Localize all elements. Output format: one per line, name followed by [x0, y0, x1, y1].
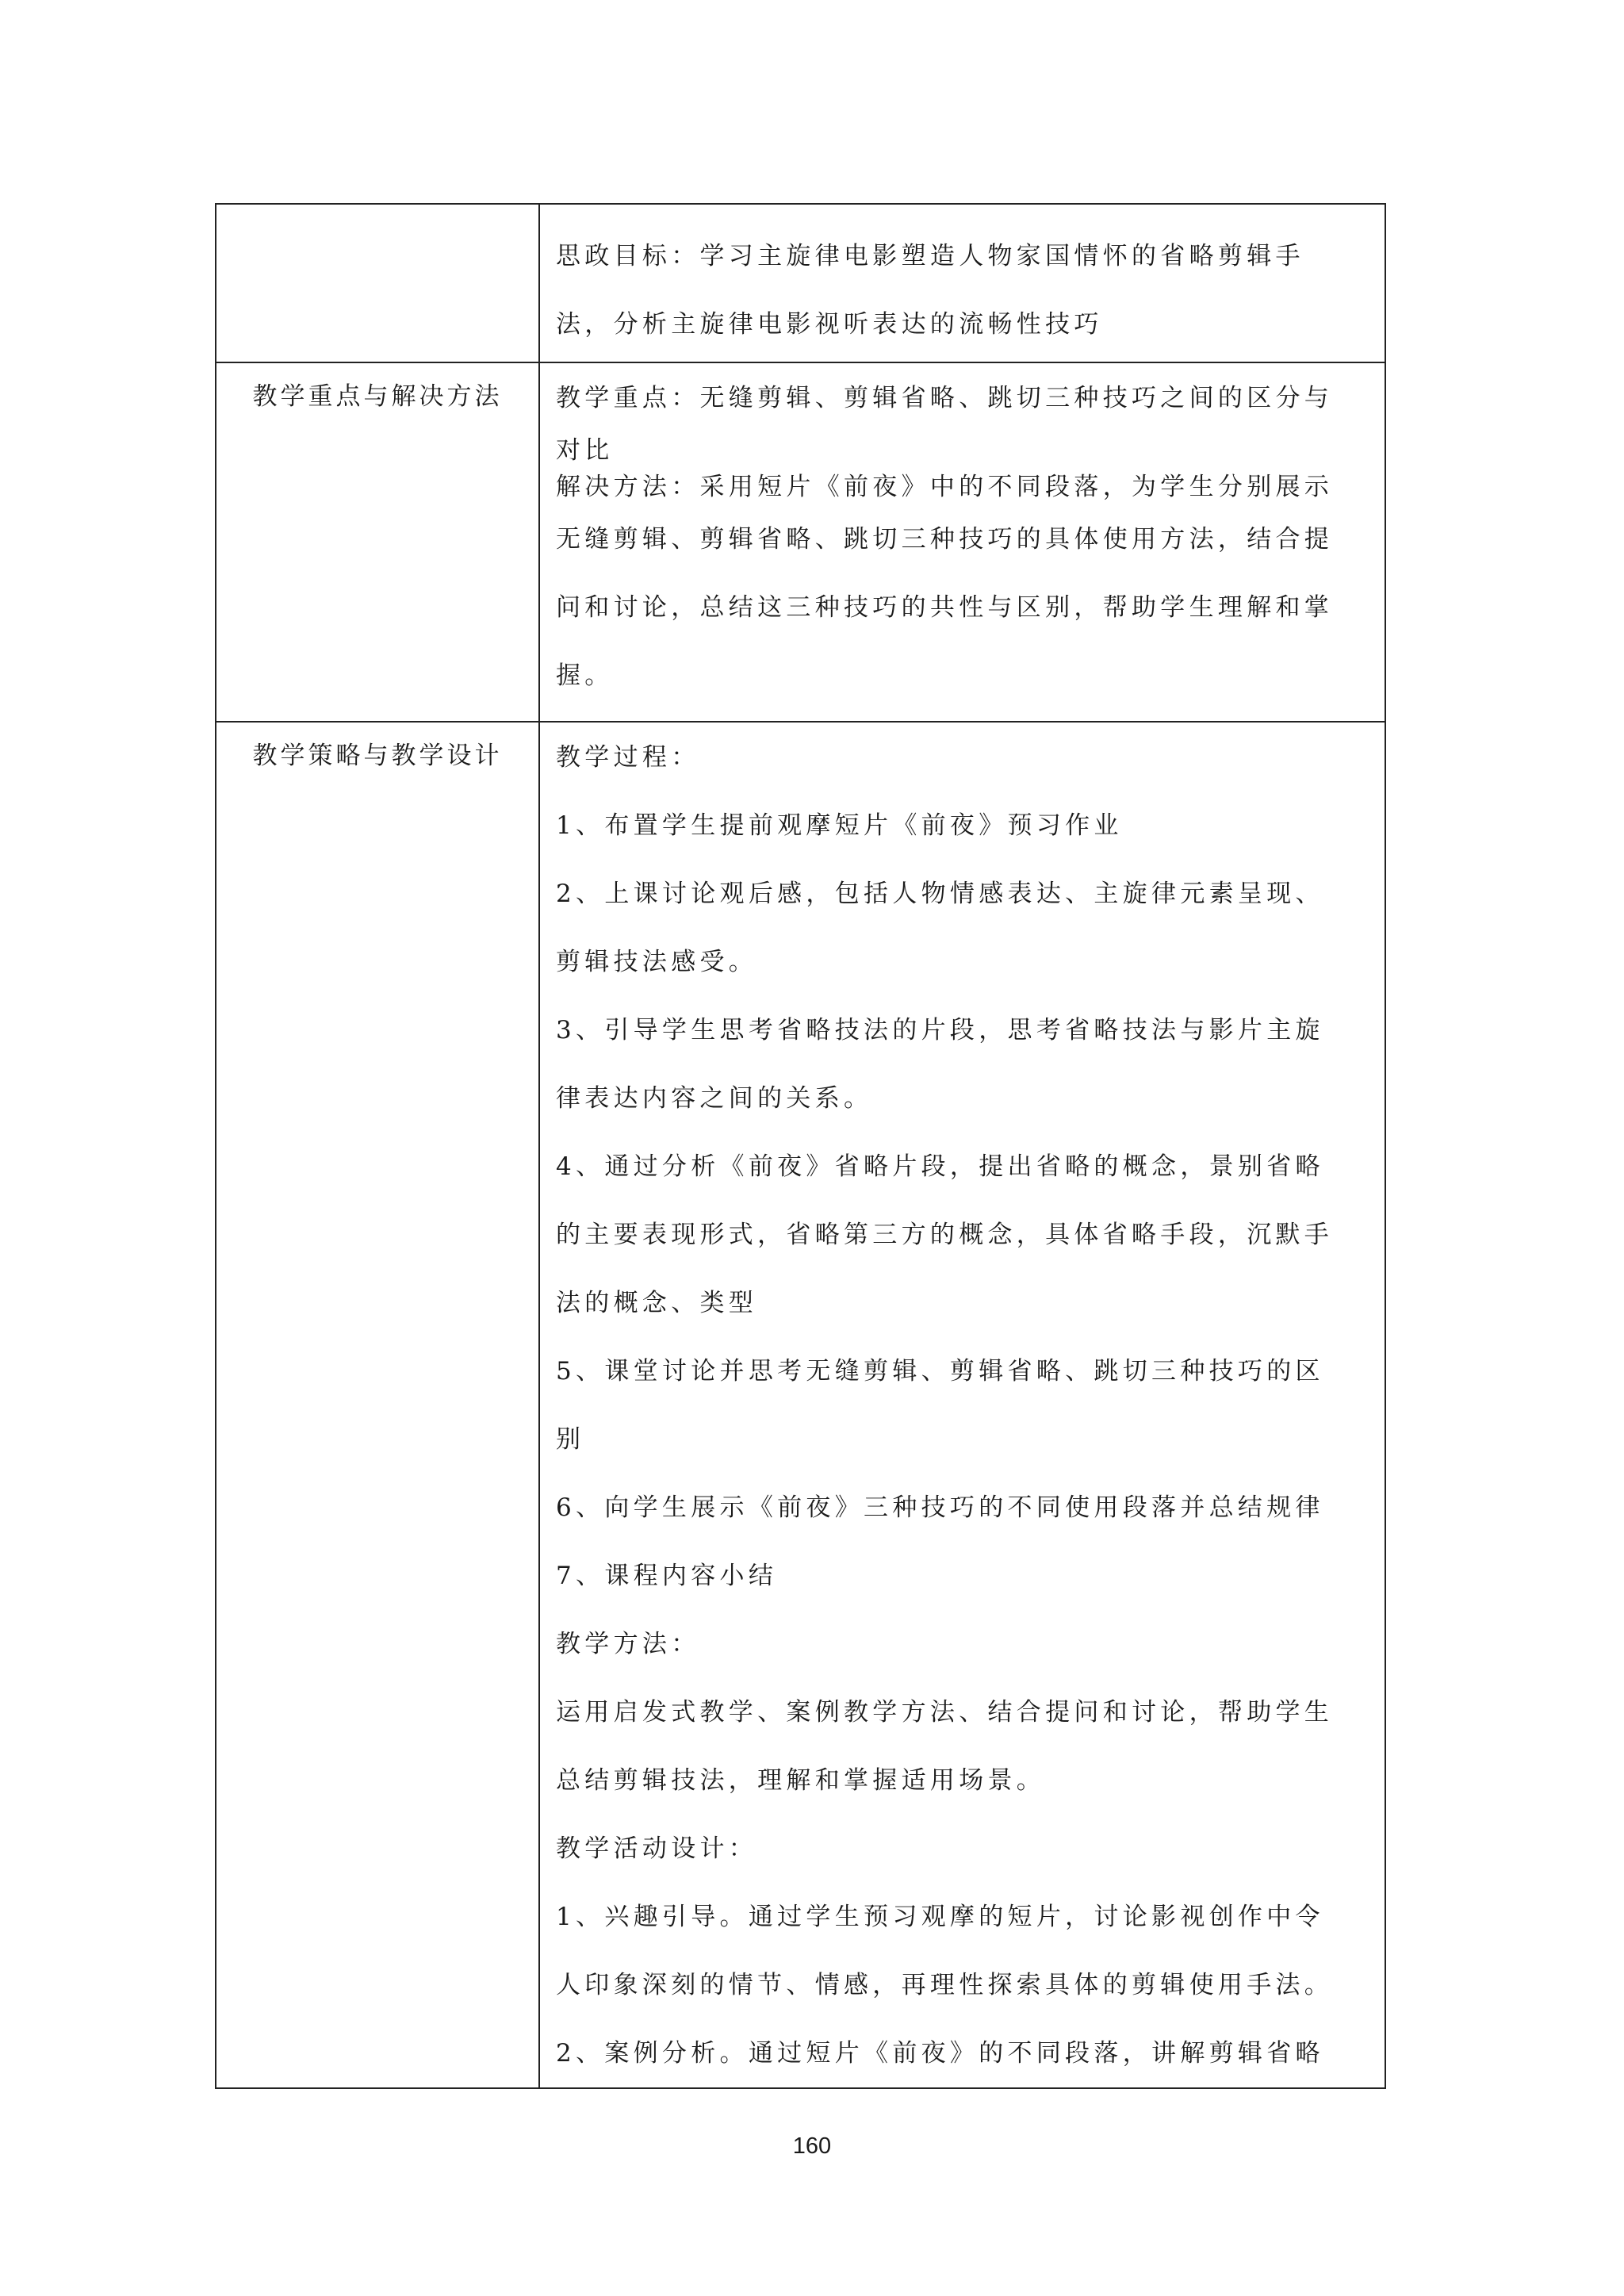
- content-line: 1、布置学生提前观摩短片《前夜》预习作业: [556, 792, 1369, 860]
- row-label-cell: 教学策略与教学设计: [216, 722, 539, 2088]
- row-label-cell: [216, 204, 539, 362]
- content-line: 1、兴趣引导。通过学生预习观摩的短片，讨论影视创作中令: [556, 1883, 1369, 1951]
- content-line: 对比: [556, 432, 1369, 469]
- content-line: 律表达内容之间的关系。: [556, 1064, 1369, 1133]
- content-line: 的主要表现形式，省略第三方的概念，具体省略手段，沉默手: [556, 1201, 1369, 1269]
- row-label: 教学策略与教学设计: [216, 723, 538, 772]
- content-line: 4、通过分析《前夜》省略片段，提出省略的概念，景别省略: [556, 1133, 1369, 1201]
- content-line: 3、引导学生思考省略技法的片段，思考省略技法与影片主旋: [556, 996, 1369, 1064]
- content-line: 别: [556, 1405, 1369, 1474]
- row-content-cell: 思政目标：学习主旋律电影塑造人物家国情怀的省略剪辑手 法，分析主旋律电影视听表达…: [539, 204, 1385, 362]
- table-row-ideological-goal: 思政目标：学习主旋律电影塑造人物家国情怀的省略剪辑手 法，分析主旋律电影视听表达…: [216, 204, 1385, 362]
- row-label: [216, 205, 538, 222]
- content-line: 解决方法：采用短片《前夜》中的不同段落，为学生分别展示: [556, 469, 1369, 505]
- lesson-plan-table: 思政目标：学习主旋律电影塑造人物家国情怀的省略剪辑手 法，分析主旋律电影视听表达…: [215, 203, 1386, 2089]
- content-line: 教学活动设计：: [556, 1815, 1369, 1883]
- content-line: 运用启发式教学、案例教学方法、结合提问和讨论，帮助学生: [556, 1678, 1369, 1746]
- content-line: 思政目标：学习主旋律电影塑造人物家国情怀的省略剪辑手: [556, 222, 1369, 290]
- content-line: 6、向学生展示《前夜》三种技巧的不同使用段落并总结规律: [556, 1474, 1369, 1542]
- content-line: 教学过程：: [556, 723, 1369, 792]
- table-row-teaching-design: 教学策略与教学设计 教学过程： 1、布置学生提前观摩短片《前夜》预习作业 2、上…: [216, 722, 1385, 2088]
- content-line: 问和讨论，总结这三种技巧的共性与区别，帮助学生理解和掌: [556, 573, 1369, 642]
- content-line: 握。: [556, 642, 1369, 710]
- content-line: 人印象深刻的情节、情感，再理性探索具体的剪辑使用手法。: [556, 1951, 1369, 2019]
- page-number: 160: [0, 2133, 1624, 2160]
- table-row-key-points: 教学重点与解决方法 教学重点：无缝剪辑、剪辑省略、跳切三种技巧之间的区分与 对比…: [216, 362, 1385, 722]
- content-line: 法的概念、类型: [556, 1269, 1369, 1337]
- content-line: 剪辑技法感受。: [556, 928, 1369, 996]
- content-line: 无缝剪辑、剪辑省略、跳切三种技巧的具体使用方法，结合提: [556, 505, 1369, 573]
- content-line: 5、课堂讨论并思考无缝剪辑、剪辑省略、跳切三种技巧的区: [556, 1337, 1369, 1405]
- row-content-cell: 教学过程： 1、布置学生提前观摩短片《前夜》预习作业 2、上课讨论观后感，包括人…: [539, 722, 1385, 2088]
- row-label-cell: 教学重点与解决方法: [216, 362, 539, 722]
- content-line: 教学方法：: [556, 1610, 1369, 1678]
- content-line: 教学重点：无缝剪辑、剪辑省略、跳切三种技巧之间的区分与: [556, 364, 1369, 432]
- row-label: 教学重点与解决方法: [216, 363, 538, 412]
- content-line: 7、课程内容小结: [556, 1542, 1369, 1610]
- content-line: 2、上课讨论观后感，包括人物情感表达、主旋律元素呈现、: [556, 860, 1369, 928]
- content-line: 法，分析主旋律电影视听表达的流畅性技巧: [556, 290, 1369, 358]
- content-line: 总结剪辑技法，理解和掌握适用场景。: [556, 1746, 1369, 1815]
- content-line: 2、案例分析。通过短片《前夜》的不同段落，讲解剪辑省略: [556, 2019, 1369, 2087]
- row-content-cell: 教学重点：无缝剪辑、剪辑省略、跳切三种技巧之间的区分与 对比 解决方法：采用短片…: [539, 362, 1385, 722]
